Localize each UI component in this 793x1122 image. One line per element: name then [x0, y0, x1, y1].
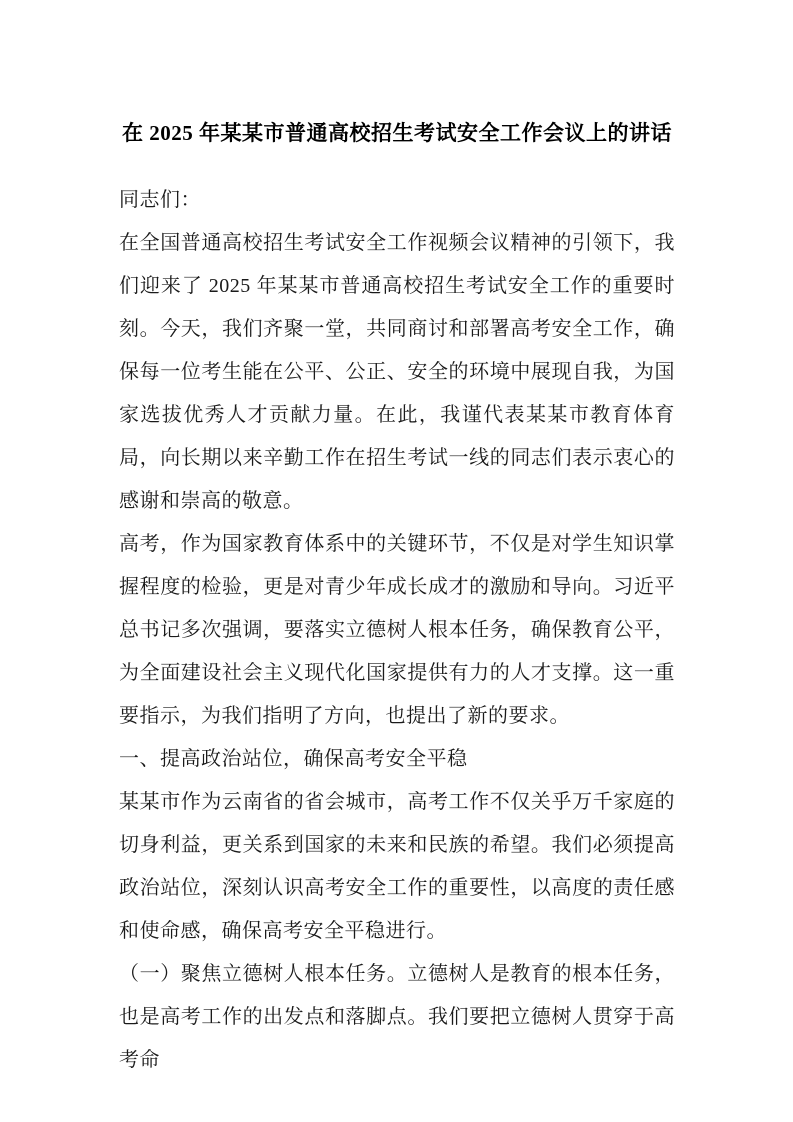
document-content: 在 2025 年某某市普通高校招生考试安全工作会议上的讲话 同志们： 在全国普通… — [119, 112, 675, 1082]
document-title: 在 2025 年某某市普通高校招生考试安全工作会议上的讲话 — [119, 112, 675, 155]
section-heading-1: 一、提高政治站位，确保高考安全平稳 — [119, 738, 675, 781]
paragraph-lideshuren-truncated: （一）聚焦立德树人根本任务。立德树人是教育的根本任务，也是高考工作的出发点和落脚… — [119, 953, 675, 1082]
document-page: 在 2025 年某某市普通高校招生考试安全工作会议上的讲话 同志们： 在全国普通… — [0, 0, 793, 1122]
paragraph-opening: 在全国普通高校招生考试安全工作视频会议精神的引领下，我们迎来了 2025 年某某… — [119, 222, 675, 523]
paragraph-gaokao-significance: 高考，作为国家教育体系中的关键环节，不仅是对学生知识掌握程度的检验，更是对青少年… — [119, 523, 675, 738]
salutation: 同志们： — [119, 179, 675, 222]
paragraph-political-stance: 某某市作为云南省的省会城市，高考工作不仅关乎万千家庭的切身利益，更关系到国家的未… — [119, 781, 675, 953]
